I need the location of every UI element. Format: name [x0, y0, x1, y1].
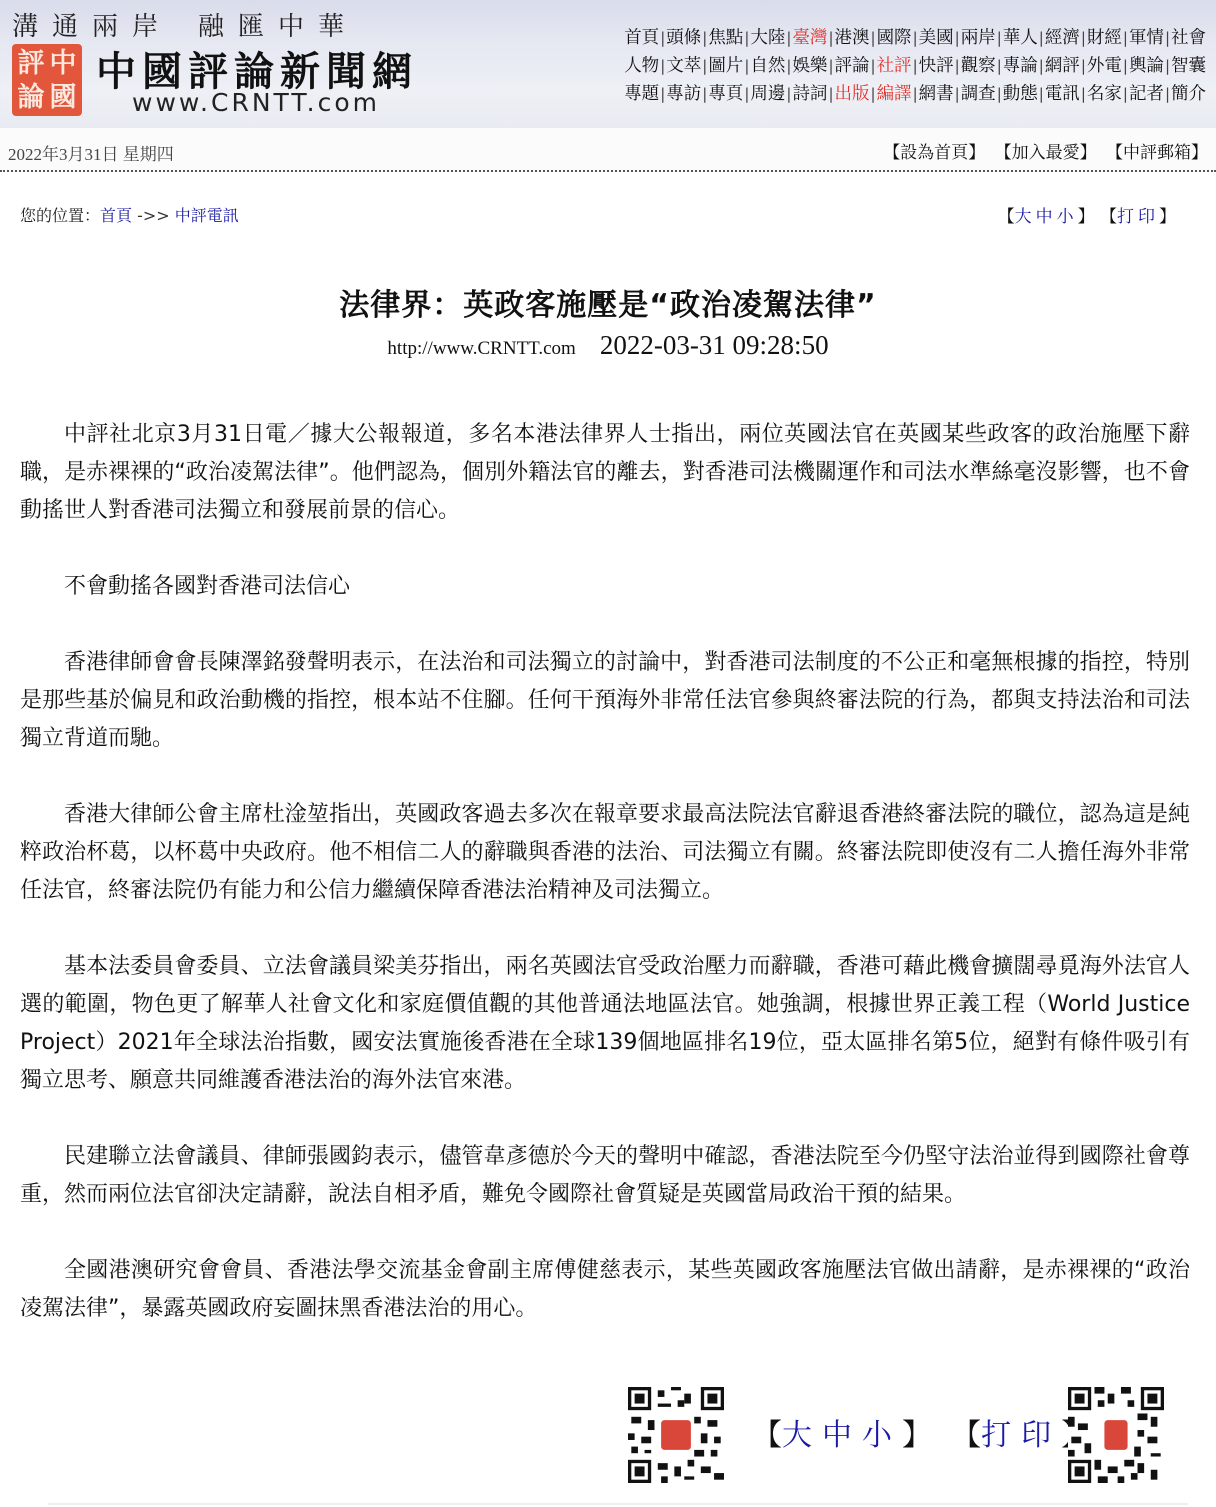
- nav-link[interactable]: 動態: [1003, 84, 1038, 104]
- nav-separator: |: [1081, 29, 1086, 47]
- nav-separator: |: [786, 85, 791, 103]
- nav-separator: |: [828, 85, 833, 103]
- nav-link[interactable]: 觀察: [961, 56, 996, 76]
- nav-link[interactable]: 調查: [961, 84, 996, 104]
- nav-separator: |: [660, 85, 665, 103]
- nav-separator: |: [955, 57, 960, 75]
- nav-link[interactable]: 經濟: [1045, 28, 1080, 48]
- main-nav: 首頁|頭條|焦點|大陸|臺灣|港澳|國際|美國|兩岸|華人|經濟|財經|軍情|社…: [616, 24, 1206, 108]
- nav-separator: |: [1081, 85, 1086, 103]
- article-timestamp: 2022-03-31 09:28:50: [600, 330, 829, 360]
- seal-char: 國: [48, 82, 78, 114]
- nav-link[interactable]: 華人: [1003, 28, 1038, 48]
- nav-separator: |: [828, 29, 833, 47]
- nav-link[interactable]: 名家: [1087, 84, 1122, 104]
- nav-separator: |: [1165, 85, 1170, 103]
- site-header-banner: 溝通兩岸融匯中華 評 中 論 國 中國評論新聞網 www.CRNTT.com 首…: [0, 0, 1216, 128]
- site-slogan: 溝通兩岸融匯中華: [12, 6, 358, 40]
- nav-link[interactable]: 周邊: [750, 84, 785, 104]
- article-paragraph: 基本法委員會委員、立法會議員梁美芬指出，兩名英國法官受政治壓力而辭職，香港可藉此…: [20, 948, 1190, 1100]
- nav-row: 人物|文萃|圖片|自然|娛樂|評論|社評|快評|觀察|專論|網評|外電|輿論|智…: [616, 52, 1206, 80]
- bracket: 】: [1159, 207, 1176, 227]
- crntt-mailbox-link[interactable]: 【中評郵箱】: [1106, 143, 1208, 163]
- article-subheading: 不會動搖各國對香港司法信心: [20, 568, 1190, 606]
- nav-separator: |: [1165, 57, 1170, 75]
- article-paragraph: 香港律師會會長陳澤銘發聲明表示，在法治和司法獨立的討論中，對香港司法制度的不公正…: [20, 644, 1190, 758]
- font-size-print-tools: 【大中小】 【打印】: [998, 202, 1176, 227]
- nav-separator: |: [828, 57, 833, 75]
- nav-link[interactable]: 自然: [750, 56, 785, 76]
- breadcrumb-label: 您的位置：: [20, 206, 100, 225]
- qr-code-icon: [1068, 1387, 1164, 1483]
- nav-link[interactable]: 專頁: [708, 84, 743, 104]
- nav-link[interactable]: 國際: [877, 28, 912, 48]
- nav-link[interactable]: 出版: [835, 84, 870, 104]
- nav-separator: |: [1039, 29, 1044, 47]
- nav-link[interactable]: 軍情: [1129, 28, 1164, 48]
- print-link[interactable]: 打印: [1117, 207, 1159, 227]
- seal-char: 論: [16, 82, 46, 114]
- current-date: 2022年3月31日 星期四: [8, 140, 174, 165]
- bottom-font-print-tools: 【大中小】 【打印】: [752, 1410, 1091, 1454]
- nav-link[interactable]: 專論: [1003, 56, 1038, 76]
- bracket: 】: [1078, 207, 1095, 227]
- nav-link[interactable]: 美國: [919, 28, 954, 48]
- bottom-font-size-link[interactable]: 大中小: [782, 1418, 902, 1453]
- bracket: 【: [752, 1418, 782, 1453]
- slogan-left: 溝通兩岸: [12, 12, 172, 42]
- font-size-link[interactable]: 大中小: [1015, 207, 1078, 227]
- breadcrumb-arrow: ->>: [132, 206, 175, 225]
- nav-row: 專題|專訪|專頁|周邊|詩詞|出版|編譯|網書|調查|動態|電訊|名家|記者|簡…: [616, 80, 1206, 108]
- qr-code-left-icon: [628, 1387, 724, 1483]
- nav-separator: |: [660, 57, 665, 75]
- footer-divider: [48, 1503, 1188, 1505]
- article-paragraph: 中評社北京3月31日電／據大公報報道，多名本港法律界人士指出，兩位英國法官在英國…: [20, 416, 1190, 530]
- nav-link[interactable]: 網評: [1045, 56, 1080, 76]
- bracket: 】: [902, 1418, 932, 1453]
- nav-link[interactable]: 港澳: [835, 28, 870, 48]
- nav-link[interactable]: 社會: [1171, 28, 1206, 48]
- nav-separator: |: [1039, 57, 1044, 75]
- nav-link[interactable]: 社評: [877, 56, 912, 76]
- nav-link[interactable]: 專題: [624, 84, 659, 104]
- article-paragraph: 民建聯立法會議員、律師張國鈞表示，儘管韋彥德於今天的聲明中確認，香港法院至今仍堅…: [20, 1138, 1190, 1214]
- site-url-logo[interactable]: www.CRNTT.com: [132, 88, 380, 117]
- nav-separator: |: [786, 57, 791, 75]
- set-homepage-link[interactable]: 【設為首頁】: [883, 143, 985, 163]
- nav-separator: |: [1039, 85, 1044, 103]
- nav-link[interactable]: 快評: [919, 56, 954, 76]
- nav-link[interactable]: 外電: [1087, 56, 1122, 76]
- nav-separator: |: [1081, 57, 1086, 75]
- nav-separator: |: [997, 57, 1002, 75]
- nav-link[interactable]: 編譯: [877, 84, 912, 104]
- bracket: 【: [951, 1418, 981, 1453]
- site-logo-seal-icon[interactable]: 評 中 論 國: [12, 44, 82, 116]
- nav-row: 首頁|頭條|焦點|大陸|臺灣|港澳|國際|美國|兩岸|華人|經濟|財經|軍情|社…: [616, 24, 1206, 52]
- nav-link[interactable]: 簡介: [1171, 84, 1206, 104]
- nav-link[interactable]: 網書: [919, 84, 954, 104]
- nav-separator: |: [744, 29, 749, 47]
- nav-link[interactable]: 焦點: [708, 28, 743, 48]
- qr-code-icon: [628, 1387, 724, 1483]
- nav-link[interactable]: 評論: [835, 56, 870, 76]
- breadcrumb-home-link[interactable]: 首頁: [100, 206, 132, 225]
- date-bar: 2022年3月31日 星期四 【設為首頁】 【加入最愛】 【中評郵箱】: [0, 128, 1216, 172]
- nav-separator: |: [786, 29, 791, 47]
- nav-link[interactable]: 娛樂: [792, 56, 827, 76]
- nav-separator: |: [1123, 29, 1128, 47]
- nav-separator: |: [1123, 57, 1128, 75]
- nav-link[interactable]: 頭條: [666, 28, 701, 48]
- nav-separator: |: [871, 85, 876, 103]
- nav-separator: |: [871, 29, 876, 47]
- nav-separator: |: [702, 57, 707, 75]
- slogan-right: 融匯中華: [198, 12, 358, 42]
- breadcrumb: 您的位置：首頁 ->> 中評電訊: [20, 203, 239, 226]
- nav-link[interactable]: 智囊: [1171, 56, 1206, 76]
- bracket: 【: [998, 207, 1015, 227]
- seal-char: 評: [16, 48, 46, 80]
- nav-separator: |: [744, 85, 749, 103]
- nav-separator: |: [871, 57, 876, 75]
- article-paragraph: 香港大律師公會主席杜淦堃指出，英國政客過去多次在報章要求最高法院法官辭退香港終審…: [20, 796, 1190, 910]
- article-paragraph: 全國港澳研究會會員、香港法學交流基金會副主席傅健慈表示，某些英國政客施壓法官做出…: [20, 1252, 1190, 1328]
- nav-separator: |: [997, 29, 1002, 47]
- add-favorite-link[interactable]: 【加入最愛】: [995, 143, 1097, 163]
- nav-separator: |: [913, 85, 918, 103]
- nav-link[interactable]: 財經: [1087, 28, 1122, 48]
- nav-link[interactable]: 臺灣: [792, 28, 827, 48]
- nav-link[interactable]: 首頁: [624, 28, 659, 48]
- nav-link[interactable]: 人物: [624, 56, 659, 76]
- nav-separator: |: [955, 29, 960, 47]
- nav-separator: |: [955, 85, 960, 103]
- nav-separator: |: [913, 57, 918, 75]
- nav-separator: |: [744, 57, 749, 75]
- nav-separator: |: [913, 29, 918, 47]
- nav-link[interactable]: 圖片: [708, 56, 743, 76]
- nav-separator: |: [997, 85, 1002, 103]
- breadcrumb-section-link[interactable]: 中評電訊: [175, 206, 239, 225]
- nav-separator: |: [702, 85, 707, 103]
- nav-link[interactable]: 輿論: [1129, 56, 1164, 76]
- nav-link[interactable]: 詩詞: [792, 84, 827, 104]
- bottom-print-link[interactable]: 打印: [981, 1418, 1061, 1453]
- bracket: 【: [1100, 207, 1117, 227]
- article-source: http://www.CRNTT.com: [387, 338, 575, 359]
- seal-char: 中: [48, 48, 78, 80]
- qr-code-right-icon: [1068, 1387, 1164, 1483]
- nav-separator: |: [1123, 85, 1128, 103]
- nav-link[interactable]: 電訊: [1045, 84, 1080, 104]
- nav-link[interactable]: 兩岸: [961, 28, 996, 48]
- article-title: 法律界：英政客施壓是“政治凌駕法律”: [0, 280, 1216, 324]
- article-meta: http://www.CRNTT.com 2022-03-31 09:28:50: [0, 330, 1216, 361]
- nav-link[interactable]: 文萃: [666, 56, 701, 76]
- quick-links: 【設為首頁】 【加入最愛】 【中評郵箱】: [879, 138, 1208, 163]
- nav-separator: |: [702, 29, 707, 47]
- article-body: 中評社北京3月31日電／據大公報報道，多名本港法律界人士指出，兩位英國法官在英國…: [20, 416, 1190, 1366]
- nav-separator: |: [1165, 29, 1170, 47]
- nav-link[interactable]: 記者: [1129, 84, 1164, 104]
- nav-link[interactable]: 大陸: [750, 28, 785, 48]
- nav-link[interactable]: 專訪: [666, 84, 701, 104]
- nav-separator: |: [660, 29, 665, 47]
